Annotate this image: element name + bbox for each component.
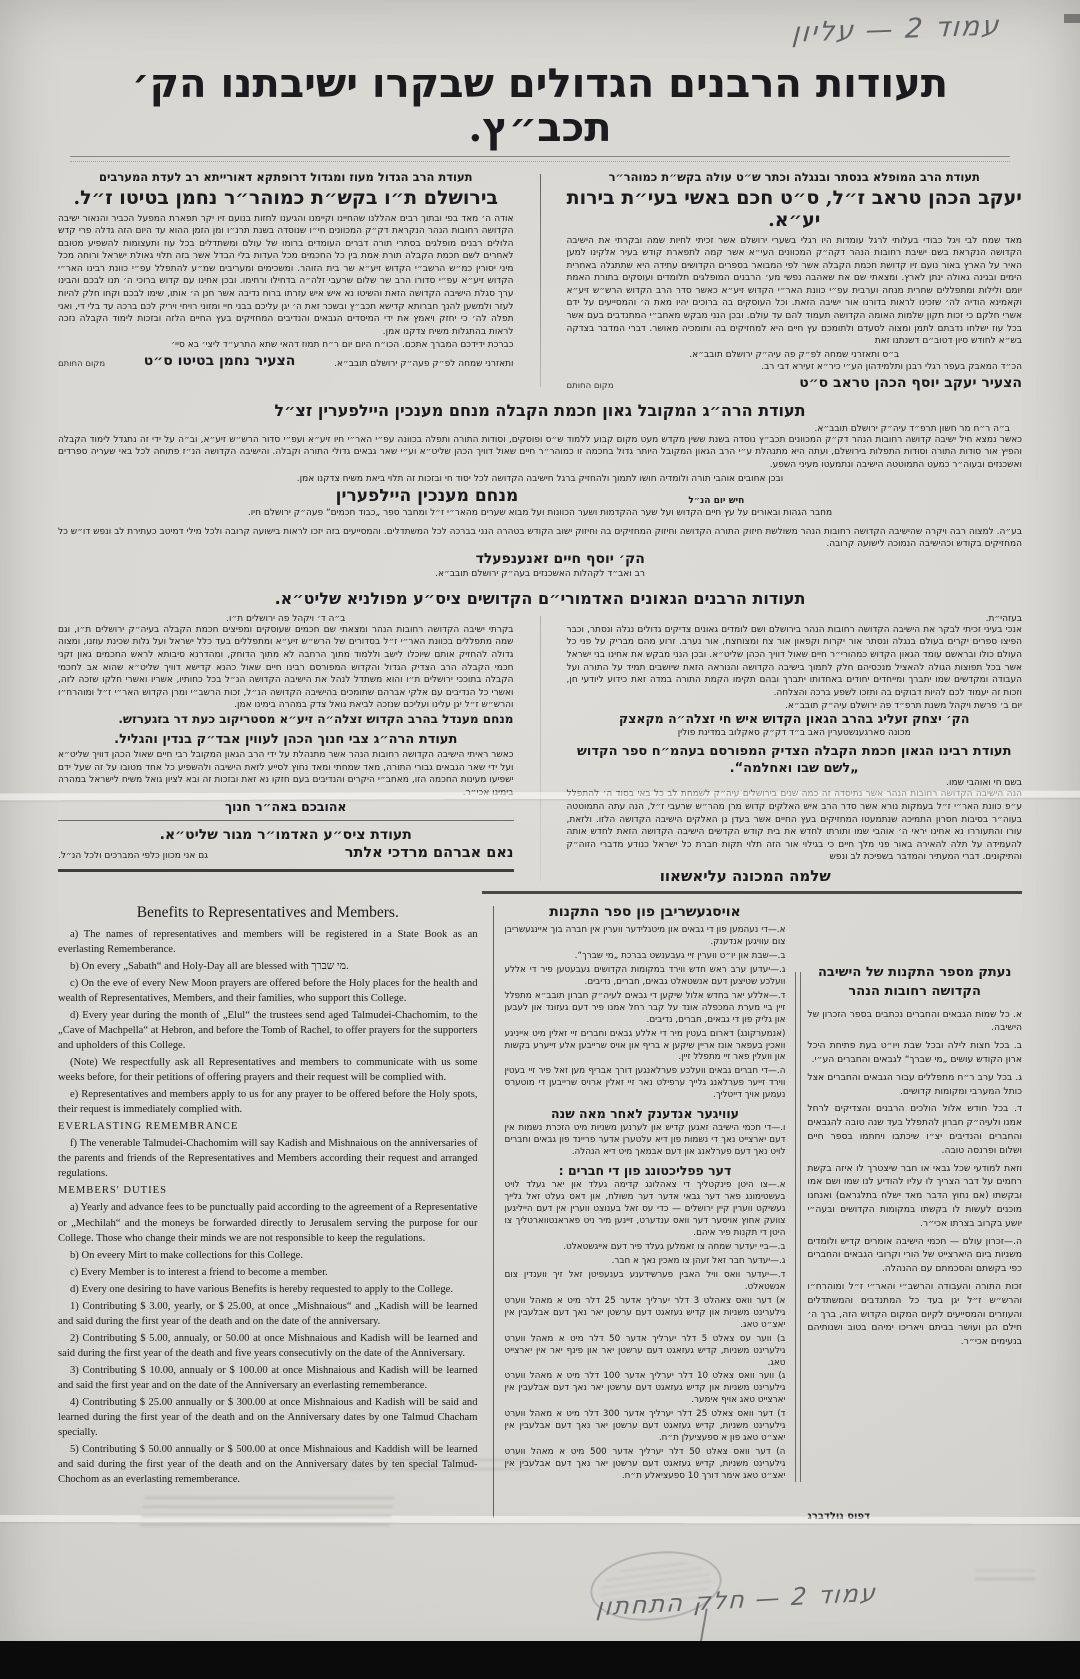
closing-line: הכ״ד המאבק בעפר רגלי רבנן ותלמידהון הע״י… [567,362,1023,372]
poland-left-column: ב״ה ד׳ ויקהל פה ירושלים ת״ו. בקרתי ישיבה… [58,612,514,885]
signature: הצעיר יעקב יוסף הכהן טראב ס״ט [799,375,1022,391]
testimonial-heading: תעודת הרב המופלא בנסתר ובנגלה וכתר ש״ט ע… [567,170,1023,186]
column-divider [493,906,494,1518]
duty-item: b) On eveery Mirt to make collections fo… [58,1248,478,1263]
benefit-item: a) The names of representatives and memb… [58,927,478,957]
testimonial-body: מאד שמח לבי ויגל כבודי בעלותי לרגל עומדו… [567,235,1023,348]
duty-item: ב.—ביי יעדער שמחה צו זאמלען געלד פיר דעם… [504,1242,785,1254]
benefit-item: f) The venerable Talmudei-Chachomim will… [58,1136,478,1181]
takanah-item: ה.—זכרון עולם — חכמי הישיבה אומרים קדיש … [807,1235,1022,1276]
yiddish-translation-column: אויסגעשריבן פון ספר התקנות א.—די נעהמען … [500,902,789,1522]
yiddish-section-title: אויסגעשריבן פון ספר התקנות [504,904,785,920]
duties-heading: דער פפליכטונג פון די חברים : [504,1163,785,1178]
duty-item: א.—צו היטן פינקטליך די צאהלונג קדימה געל… [504,1180,785,1240]
signature: מנחם מענכין היילפערין [336,486,519,506]
call-line: ובכן אחובים אוהבי תורה ולומדיה חושו לתמו… [58,474,1022,484]
gur-line: גם אני מכוון כלפי המברכים ולכל הנ״ל. [58,851,208,861]
english-benefits-column: Benefits to Representatives and Members.… [58,902,486,1522]
signature: אהובכם באה״ר חנוך [58,799,514,814]
closing-line: כברכת ידידכם המברך אתכם. הכו״ח היום יום … [58,340,514,350]
regulation-item: ג.—יעדען ערב ראש חדש ווירד במקומות הקדוש… [504,965,785,989]
testimonial-batito: תעודת הרב הגדול מעוז ומגדול דרופתקא דאור… [58,170,514,391]
signature: הק׳ יוסף חיים זאנענפעלד [435,551,645,567]
salutation: בשם חי ואוהבי שמו. [567,778,1023,788]
members-duties-heading: MEMBERS' DUTIES [58,1183,478,1198]
closing-line: ותאזרני שמחה לפ״ק פעה״ק ירושלם תובב״א. [334,359,513,369]
english-section-title: Benefits to Representatives and Members. [58,904,478,922]
rabbi-name: יעקב הכהן טראב ז״ל, ס״ט חכם באשי בעי״ת ב… [567,187,1023,231]
testimonial-leshem-heading: תעודת רבינו הגאון חכמת הקבלה הצדיק המפור… [567,744,1023,759]
benefit-item: e) Representatives and members apply to … [58,1087,478,1117]
closing-line: ב״ס ותאזרני שמחה לפ״ק פה עיה״ק ירושלם תו… [567,350,1023,360]
takanah-item: א. כל שמות הגבאים והחברים נכתבים בספר הז… [807,1008,1022,1036]
title-divider [70,156,1010,162]
benefit-note: (Note) We respectfully ask all Represent… [58,1055,478,1085]
takanot-title: נעתק מספר התקנות של הישיבה הקדושה רחובות… [807,964,1022,1002]
book-title: „לשם שבו ואחלמה“. [567,761,1023,776]
takanah-item: ב. בכל חצות לילה ובכל שבת ויו״ט בעת פתיח… [807,1039,1022,1067]
ink-transfer-smudge [975,1570,1035,1580]
signature-title: מכונה סארגענשטערין האב ב״ד דק״ק סאקלוב ב… [567,728,1023,738]
author-bio-line: מחבר הגהות ובאורים על עץ חיים הקדוש ועל … [58,508,1022,518]
scanned-broadside-page: עמוד 2 — עליון תעודות הרבנים הגדולים שבק… [0,0,1080,1679]
contribution-item: ב) ווער עס צאלט 5 דלר יערליך אדער 50 דלר… [504,1334,785,1370]
benefit-item: b) On every „Sabath“ and Holy-Day all ar… [58,959,478,974]
testimonial-trab-beirut: תעודת הרב המופלא בנסתר ובנגלה וכתר ש״ט ע… [567,170,1023,391]
regulation-item: ד.—אללע יאר בחדש אלול שיקען די גבאים לעי… [504,991,785,1027]
contribution-item: 3) Contributing $ 10.00, annualy or $ 10… [58,1363,478,1393]
signature-date: חיש יום הנ״ל [688,496,744,506]
testimonial-body: כאשר נמצא חיל ישיבה קדושה רחובות הנהר דק… [58,434,1022,472]
testimonial-heading: תעודת הרה״ג המקובל גאון חכמת הקבלה מנחם … [58,401,1022,420]
signature-title: רב ואב״ד לקהלות האשכנזים בעה״ק ירושלם תו… [435,569,645,579]
duty-item: ד.—יעדער וואס וויל האבין פערשידענע בענעפ… [504,1270,785,1294]
takanah-item: ג. בכל ערב ר״ח מתפללים עבור הגבאים והחבר… [807,1071,1022,1099]
divider [58,820,514,821]
contribution-item: ד) דער וואס צאלט 25 דלר יערליך אדער 300 … [504,1409,785,1445]
everlasting-remembrance-heading: EVERLASTING REMEMBRANCE [58,1119,478,1134]
stamp-place-note: מקום החותם [567,381,614,391]
testimonial-levin-heading: תעודת הרה״ג צבי חנוך הכהן לעווין אבד״ק ב… [58,732,514,747]
stamp-place-note: מקום החותם [58,359,105,369]
testimonial-body: אודה ה׳ מאד בפי ובתוך רבים אהללנו שהחיינ… [58,213,514,339]
regulation-item: ב.—שבת און יו״ט ווערין זיי געבענשט בברכת… [504,951,785,963]
regulation-item: ה.—די חברים גבאים וועלכע פערלאנגען דורך … [504,1066,785,1102]
signature: נאם אברהם מרדכי אלתר [345,845,514,861]
page-title: תעודות הרבנים הגדולים שבקרו ישיבתנו הק׳ … [58,0,1022,150]
testimonial-gur-heading: תעודת ציס״ע האדמו״ר מגור שליט״א. [58,827,514,843]
date-line: ב״ה ר״ח מר חשון תרפ״ד עיה״ק ירושלם תובב״… [58,424,1010,434]
benefit-item: d) Every year during the month of „Elul“… [58,1008,478,1053]
takanah-note: וזאת למודעי שכל גבאי או חבר שיצטרך לו אי… [807,1162,1022,1231]
takanot-closing-blessing: זכות התורה והעבודה והרשב״י והאר״י ז״ל ומ… [807,1280,1022,1349]
testimonial-heading: תעודת הרב הגדול מעוז ומגדול דרופתקא דאור… [58,170,514,186]
regulation-item: א.—די נעהמען פון די גבאים און מיטגלידער … [504,925,785,949]
column-divider [540,174,541,387]
poland-section-heading: תעודות הרבנים הגאונים האדמורי״ם הקדושים … [58,589,1022,608]
regulation-item: ו.—די חכמי הישיבה זאגען קדיש און לערנען … [504,1123,785,1159]
signature: מנחם מענדל בהרב הקדוש זצלה״ה זיע״א מסטרי… [58,712,514,726]
poland-right-column: בעזהי״ת. אנכי בעיני זכיתי לבקר את הישיבה… [567,612,1023,885]
date-line: ב״ה ד׳ ויקהל פה ירושלים ת״ו. [58,614,514,624]
duty-item: c) Every Member is to interest a friend … [58,1265,478,1280]
signature: הק׳ יצחק זעליג בהרב הגאון הקדוש איש חי ז… [567,711,1023,726]
contribution-item: ה) דער וואס צאלט 50 דלר יערליך אדער 500 … [504,1447,785,1483]
contribution-item: ג) ווער וואס צאלט 10 דלר יערליך אדער 100… [504,1371,785,1407]
regulations-section: Benefits to Representatives and Members.… [58,902,1022,1522]
contribution-item: 4) Contributing $ 25.00 annually or $ 30… [58,1395,478,1440]
section-rule [58,869,514,872]
signature: שלמה המכונה עליאשאוו [660,867,831,885]
contribution-item: 1) Contributing $ 3.00, yearly, or $ 25.… [58,1299,478,1329]
rabbi-name: בירושלם ת״ו בקש״ת כמוהר״ר נחמן בטיטו ז״ל… [58,187,514,209]
testimonial-heilperin: תעודת הרה״ג המקובל גאון חכמת הקבלה מנחם … [58,401,1022,518]
scan-black-edge [0,1641,1080,1679]
ink-transfer-smudge [139,1496,394,1526]
duty-item: d) Every one desiring to have various Be… [58,1282,478,1297]
column-divider [540,616,541,881]
signature: הצעיר נחמן בטיטו ס״ט [144,353,296,369]
testimonial-leshem-body: הנה הישיבה הקדושה רחובות הנהר אשר נתיסדה… [567,788,1023,864]
benefit-item: c) On the eve of every New Moon prayers … [58,976,478,1006]
testimonial-body: בע״ה. למצוה רבה ויקרה שהישיבה הקדושה רחו… [58,526,1022,551]
regulation-note: (אנמערקונג) דארום בעטין מיר די אללע גבאי… [504,1029,785,1065]
date-line: יום ב׳ פרשת ויקהל משנת תרפ״ד פה ירושלם ע… [567,701,1023,711]
double-column-divider [795,972,801,1482]
duty-item: ג.—יעדער חבר זאל זעהן צו מאכין נאך א חבר… [504,1256,785,1268]
duty-item: a) Yearly and advance fees to be punctua… [58,1200,478,1245]
contribution-item: א) דער וואס צאהלט 3 דלר יערליך אדער 25 ד… [504,1296,785,1332]
section-rule [482,891,1022,894]
hebrew-takanot-column: נעתק מספר התקנות של הישיבה הקדושה רחובות… [807,902,1022,1522]
testimonial-strikov-body: בקרתי ישיבה הקדושה רחובות הנהר ומצאתי שם… [58,624,514,712]
remembrance-heading: עוויגער אנדענק לאחר מאה שנה [504,1106,785,1121]
takanah-item: ד. בכל חודש אלול הולכים הרבנים והצדיקים … [807,1102,1022,1157]
ink-transfer-smudge [330,1458,530,1470]
top-testimonial-columns: תעודת הרב המופלא בנסתר ובנגלה וכתר ש״ט ע… [58,170,1022,391]
contribution-item: 2) Contributing $ 5.00, annualy, or 50.0… [58,1331,478,1361]
testimonial-sokolov-body: אנכי בעיני זכיתי לבקר את הישיבה הקדושה ר… [567,624,1023,700]
opener: בעזהי״ת. [567,614,1023,624]
poland-testimonial-columns: בעזהי״ת. אנכי בעיני זכיתי לבקר את הישיבה… [58,612,1022,885]
testimonial-sonnenfeld: בע״ה. למצוה רבה ויקרה שהישיבה הקדושה רחו… [58,526,1022,579]
